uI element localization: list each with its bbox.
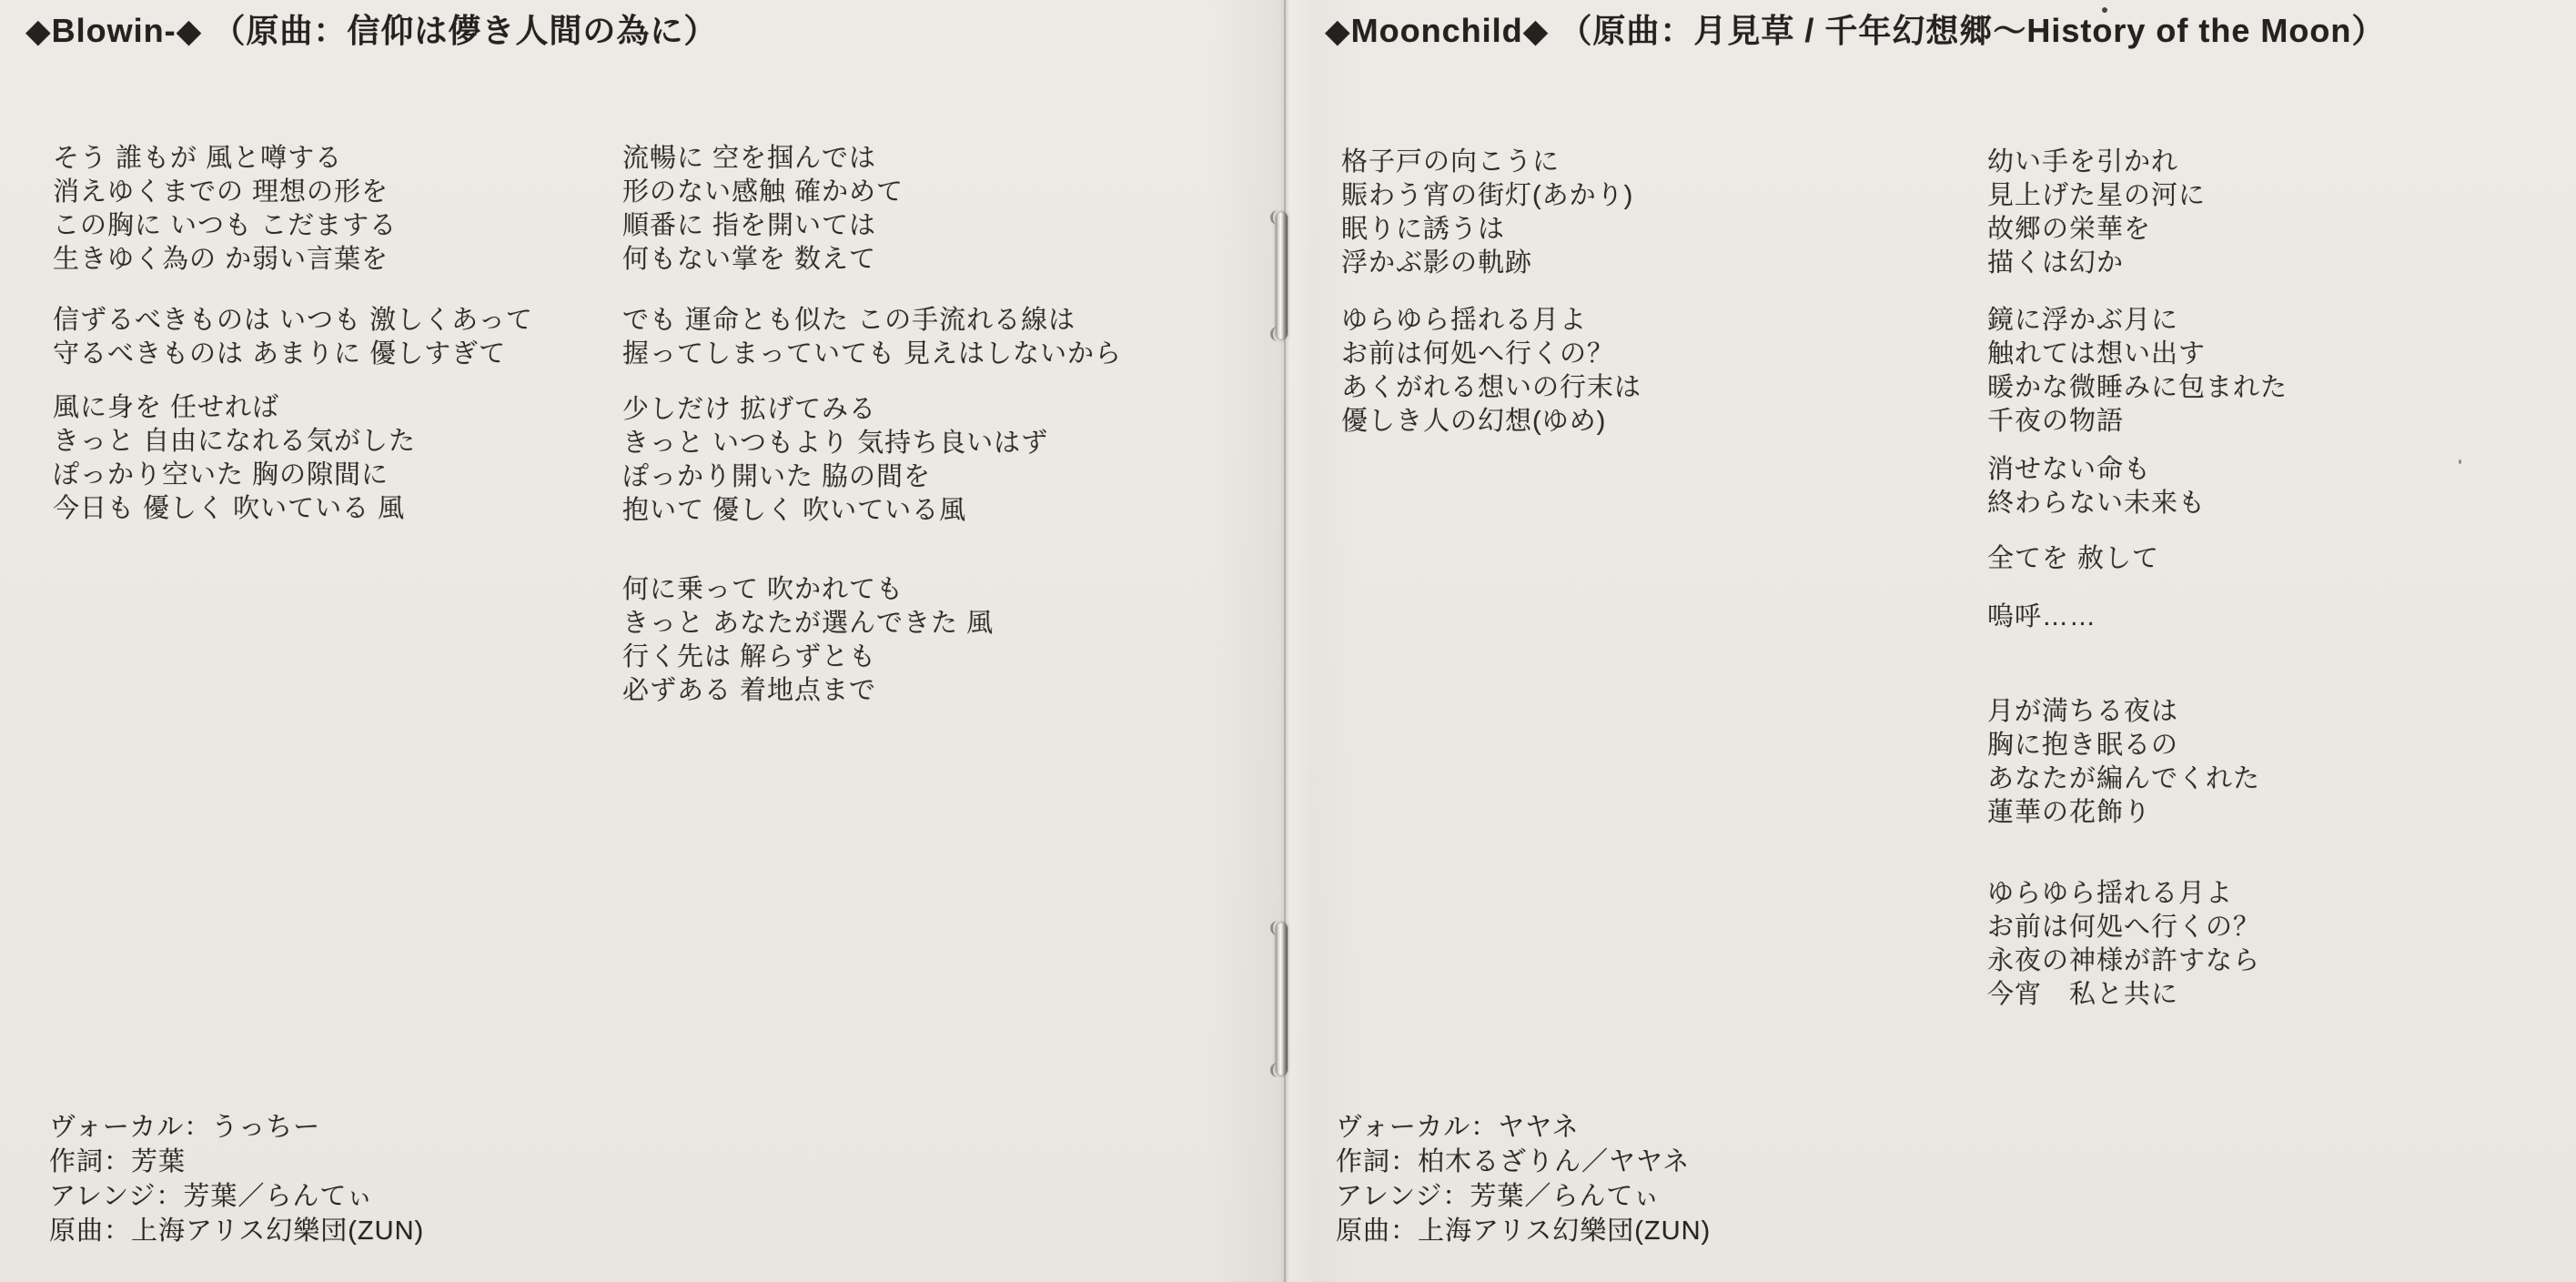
right-col2-stanza-1: 幼い手を引かれ 見上げた星の河に 故郷の栄華を 描くは幻か	[1987, 146, 2206, 280]
left-col2-stanza-4: 何に乗って 吹かれても きっと あなたが選んできた 風 行く先は 解らずとも 必…	[622, 573, 994, 708]
right-col2-stanza-2: 鏡に浮かぶ月に 触れては想い出す 暖かな微睡みに包まれた 千夜の物語	[1987, 304, 2288, 439]
right-col2-stanza-6: 月が満ちる夜は 胸に抱き眠るの あなたが編んでくれた 蓮華の花飾り	[1987, 695, 2260, 830]
right-col2-stanza-4: 全てを 赦して	[1987, 542, 2159, 576]
page-fold-line	[1284, 0, 1286, 1282]
scan-speck	[717, 464, 721, 468]
credits-right: ヴォーカル：ヤヤネ 作詞：柏木るざりん／ヤヤネ アレンジ：芳葉／らんてぃ 原曲：…	[1336, 1110, 1711, 1248]
right-col2-stanza-7: ゆらゆら揺れる月よ お前は何処へ行くの？ 永夜の神様が許すなら 今宵 私と共に	[1987, 877, 2260, 1012]
left-col1-stanza-3: 風に身を 任せれば きっと 自由になれる気がした ぽっかり空いた 胸の隙間に 今…	[53, 391, 416, 526]
left-col1-stanza-1: そう 誰もが 風と噂する 消えゆくまでの 理想の形を この胸に いつも こだます…	[53, 142, 397, 277]
left-col2-stanza-3: 少しだけ 拡げてみる きっと いつもより 気持ち良いはず ぽっかり開いた 脇の間…	[622, 393, 1048, 528]
song-title-right: ◆Moonchild◆ （原曲：月見草 / 千年幻想郷～History of t…	[1325, 11, 2385, 51]
left-col1-stanza-2: 信ずるべきものは いつも 激しくあって 守るべきものは あまりに 優しすぎて	[53, 304, 533, 371]
scan-speck	[2459, 459, 2461, 464]
staple-bottom	[1276, 923, 1288, 1075]
credits-left: ヴォーカル：うっちー 作詞：芳葉 アレンジ：芳葉／らんてぃ 原曲：上海アリス幻樂…	[49, 1110, 424, 1248]
right-col1-stanza-1: 格子戸の向こうに 賑わう宵の街灯(あかり) 眠りに誘うは 浮かぶ影の軌跡	[1341, 146, 1633, 280]
right-col2-stanza-5: 嗚呼……	[1987, 601, 2096, 634]
staple-top	[1276, 212, 1288, 339]
scan-speck	[2102, 7, 2107, 13]
booklet-spread: ◆Blowin-◆ （原曲：信仰は儚き人間の為に） そう 誰もが 風と噂する 消…	[0, 0, 2576, 1282]
right-col1-stanza-2: ゆらゆら揺れる月よ お前は何処へ行くの？ あくがれる想いの行末は 優しき人の幻想…	[1341, 304, 1642, 439]
left-col2-stanza-2: でも 運命とも似た この手流れる線は 握ってしまっていても 見えはしないから	[622, 304, 1122, 371]
right-col2-stanza-3: 消せない命も 終わらない未来も	[1987, 453, 2206, 520]
song-title-left: ◆Blowin-◆ （原曲：信仰は儚き人間の為に）	[25, 11, 717, 51]
left-col2-stanza-1: 流暢に 空を掴んでは 形のない感触 確かめて 順番に 指を開いては 何もない掌を…	[622, 142, 904, 277]
